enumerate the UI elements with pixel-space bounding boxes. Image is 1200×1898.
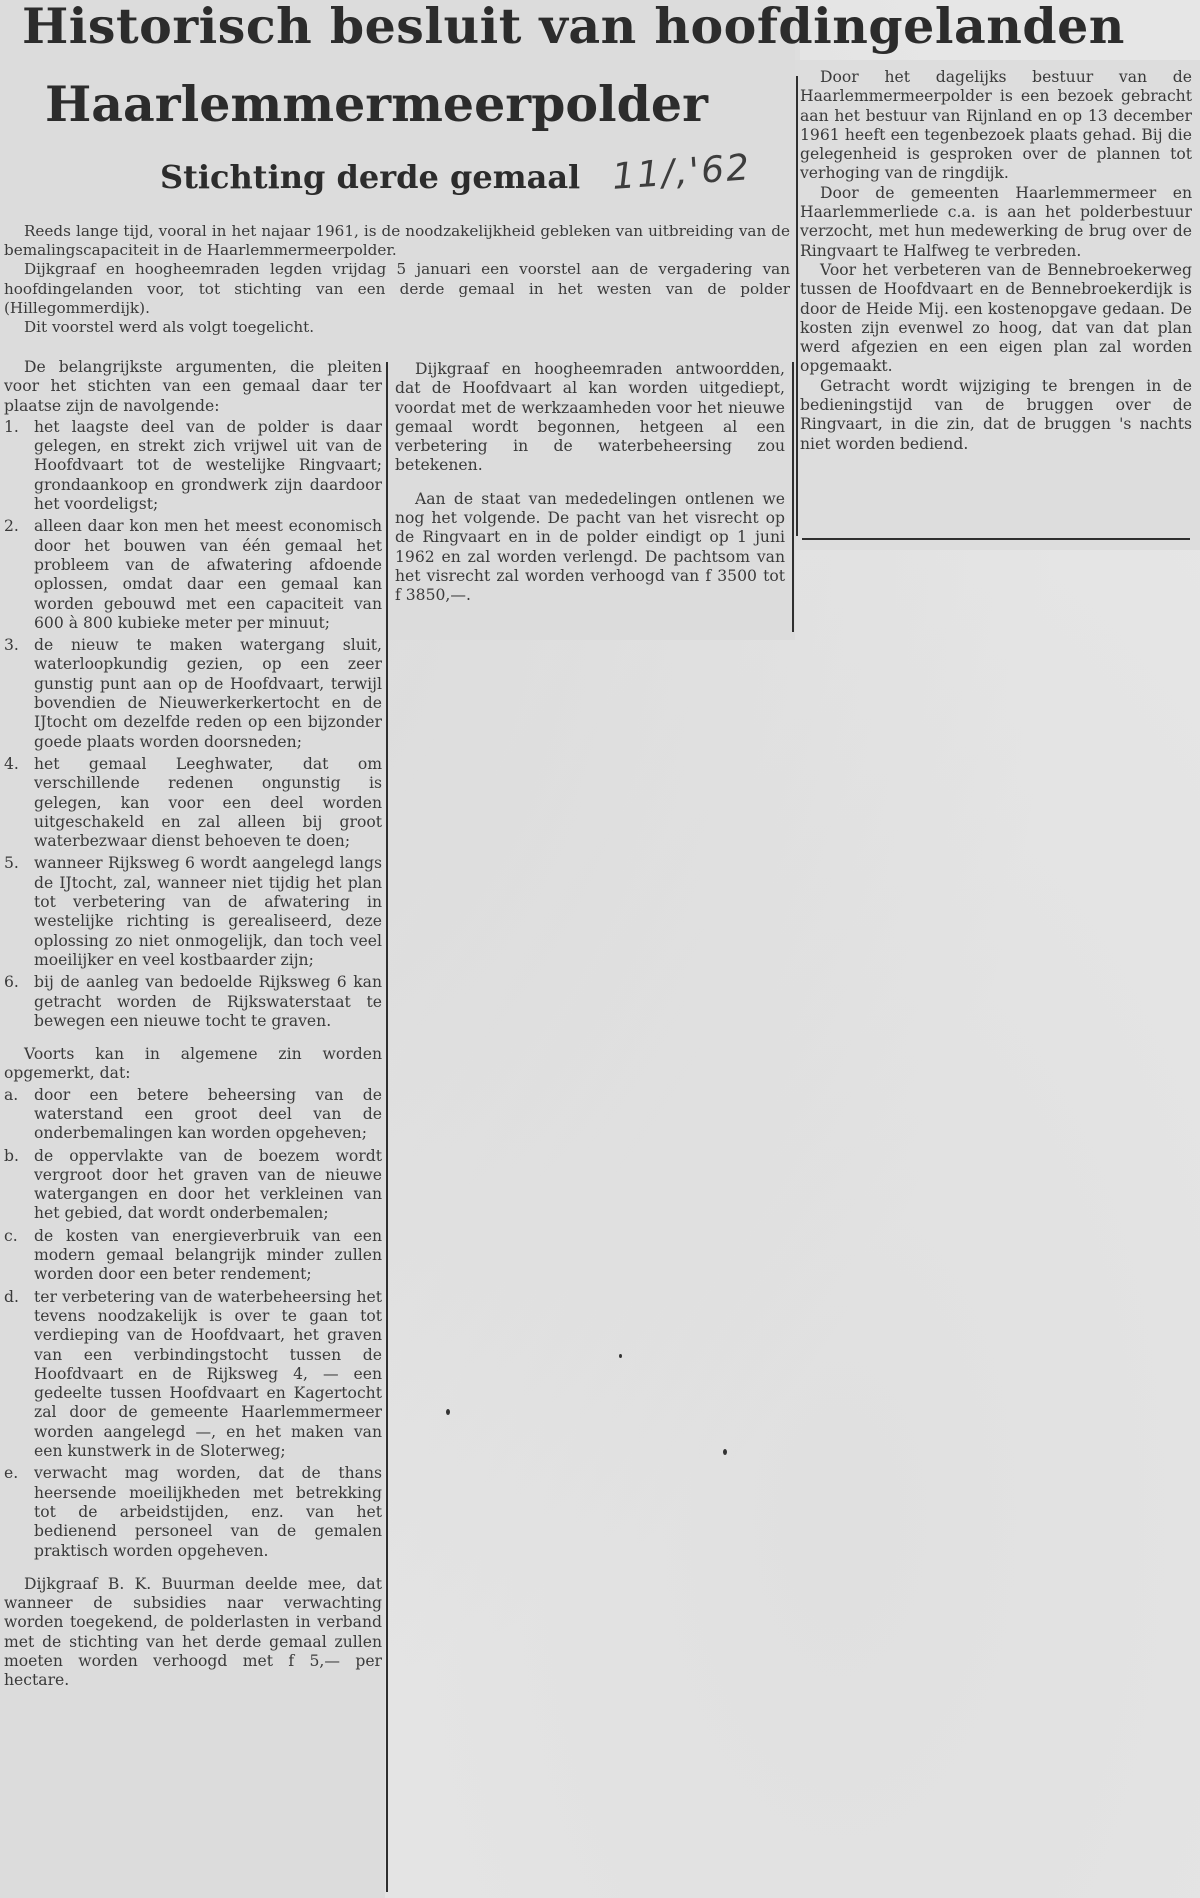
arguments-intro: De belangrijkste argumenten, die pleiten… bbox=[4, 358, 382, 416]
paragraph: Aan de staat van mededelingen ontlenen w… bbox=[395, 490, 785, 606]
column-divider bbox=[796, 76, 798, 536]
headline-line-2: Haarlemmermeerpolder bbox=[45, 76, 708, 132]
scan-speck bbox=[446, 1409, 450, 1415]
left-column: De belangrijkste argumenten, die pleiten… bbox=[4, 358, 382, 1691]
paragraph: Getracht wordt wijziging te brengen in d… bbox=[800, 377, 1192, 454]
subheadline: Stichting derde gemaal bbox=[160, 158, 580, 196]
list-item: 3.de nieuw te maken watergang sluit, wat… bbox=[4, 636, 382, 752]
list-item: e.verwacht mag worden, dat de thans heer… bbox=[4, 1464, 382, 1560]
list-item: b.de oppervlakte van de boezem wordt ver… bbox=[4, 1147, 382, 1224]
right-column: Door het dagelijks bestuur van de Haarle… bbox=[800, 68, 1192, 454]
general-intro: Voorts kan in algemene zin worden opgeme… bbox=[4, 1045, 382, 1084]
list-item: d.ter verbetering van de waterbeheersing… bbox=[4, 1288, 382, 1462]
closing-paragraph: Dijkgraaf B. K. Buurman deelde mee, dat … bbox=[4, 1575, 382, 1691]
middle-column: Dijkgraaf en hoogheemraden antwoordden, … bbox=[395, 360, 785, 606]
intro-paragraph: Dijkgraaf en hoogheemraden legden vrijda… bbox=[4, 260, 790, 318]
scan-speck bbox=[619, 1354, 622, 1358]
scan-speck bbox=[723, 1449, 727, 1455]
list-item: 2.alleen daar kon men het meest economis… bbox=[4, 517, 382, 633]
paragraph: Voor het verbeteren van de Bennebroekerw… bbox=[800, 261, 1192, 377]
article-intro: Reeds lange tijd, vooral in het najaar 1… bbox=[4, 222, 790, 337]
general-points-list: a.door een betere beheersing van de wate… bbox=[4, 1086, 382, 1561]
list-item: 4.het gemaal Leeghwater, dat om verschil… bbox=[4, 755, 382, 851]
list-item: 6.bij de aanleg van bedoelde Rijksweg 6 … bbox=[4, 973, 382, 1031]
column-divider bbox=[792, 362, 794, 632]
paragraph: Door de gemeenten Haarlemmermeer en Haar… bbox=[800, 184, 1192, 261]
list-item: c.de kosten van energieverbruik van een … bbox=[4, 1227, 382, 1285]
paragraph: Door het dagelijks bestuur van de Haarle… bbox=[800, 68, 1192, 184]
headline-line-1: Historisch besluit van hoofdingelanden bbox=[22, 0, 1125, 52]
paragraph: Dijkgraaf en hoogheemraden antwoordden, … bbox=[395, 360, 785, 476]
article-end-rule bbox=[802, 538, 1190, 540]
arguments-list: 1.het laagste deel van de polder is daar… bbox=[4, 418, 382, 1031]
list-item: a.door een betere beheersing van de wate… bbox=[4, 1086, 382, 1144]
intro-paragraph: Dit voorstel werd als volgt toegelicht. bbox=[4, 318, 790, 337]
list-item: 1.het laagste deel van de polder is daar… bbox=[4, 418, 382, 514]
list-item: 5.wanneer Rijksweg 6 wordt aangelegd lan… bbox=[4, 854, 382, 970]
intro-paragraph: Reeds lange tijd, vooral in het najaar 1… bbox=[4, 222, 790, 260]
column-divider bbox=[386, 362, 388, 1892]
